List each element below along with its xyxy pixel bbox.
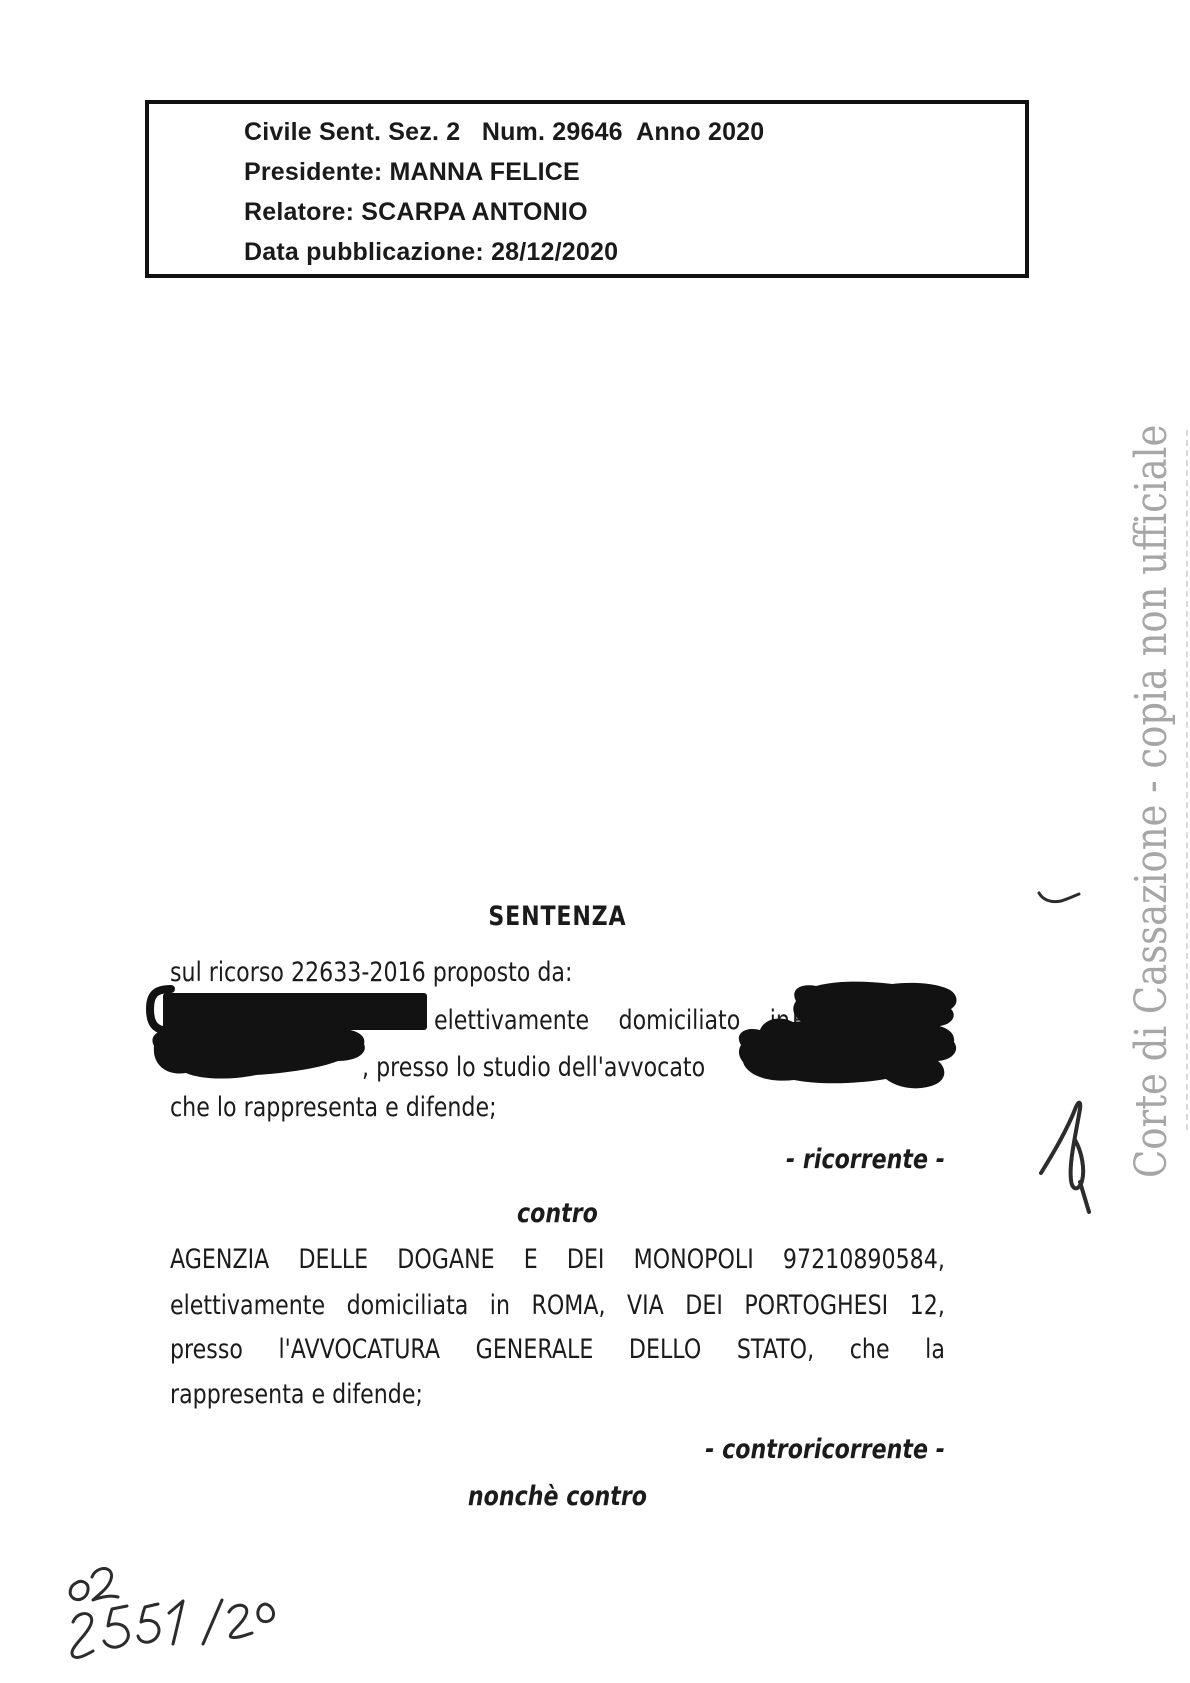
- case-number-line: Civile Sent. Sez. 2 Num. 29646 Anno 2020: [244, 118, 764, 147]
- document-title: SENTENZA: [170, 900, 945, 934]
- handwritten-check-mark: [1039, 893, 1079, 902]
- watermark-text: Corte di Cassazione - copia non ufficial…: [1126, 425, 1177, 1178]
- publication-date-line: Data pubblicazione: 28/12/2020: [244, 238, 618, 267]
- against-heading-1: contro: [170, 1197, 945, 1231]
- handwritten-docket-number: [72, 1600, 274, 1657]
- rapporteur-line: Relatore: SCARPA ANTONIO: [244, 198, 588, 227]
- respondent-line1: AGENZIA DELLE DOGANE E DEI MONOPOLI 9721…: [170, 1243, 945, 1277]
- role-petitioner: - ricorrente -: [170, 1143, 945, 1177]
- petitioner-line3: che lo rappresenta e difende;: [170, 1091, 497, 1125]
- redaction-bar-petitioner-name: [163, 993, 427, 1030]
- case-header-box: Civile Sent. Sez. 2 Num. 29646 Anno 2020…: [145, 100, 1029, 278]
- scan-edge-artifact: [1186, 430, 1188, 1130]
- scanned-judgment-page: Civile Sent. Sez. 2 Num. 29646 Anno 2020…: [0, 0, 1190, 1683]
- president-line: Presidente: MANNA FELICE: [244, 158, 580, 187]
- redaction-bracket: [150, 989, 171, 1031]
- handwritten-top-note: [70, 1569, 118, 1600]
- respondent-line3: presso l'AVVOCATURA GENERALE DELLO STATO…: [170, 1333, 945, 1367]
- role-respondent: - controricorrente -: [170, 1433, 945, 1467]
- redaction-scribble-address: [152, 1026, 364, 1079]
- petitioner-city: ROMA,: [792, 1004, 866, 1038]
- against-heading-2: nonchè contro: [170, 1480, 945, 1514]
- petitioner-line2: , presso lo studio dell'avvocato: [362, 1051, 705, 1085]
- respondent-line2: elettivamente domiciliata in ROMA, VIA D…: [170, 1289, 945, 1323]
- petitioner-line1: elettivamente domiciliato in: [434, 1004, 790, 1038]
- respondent-line4: rappresenta e difende;: [170, 1378, 423, 1412]
- handwritten-paraph: [1041, 1103, 1089, 1212]
- intro-line: sul ricorso 22633-2016 proposto da:: [170, 956, 572, 990]
